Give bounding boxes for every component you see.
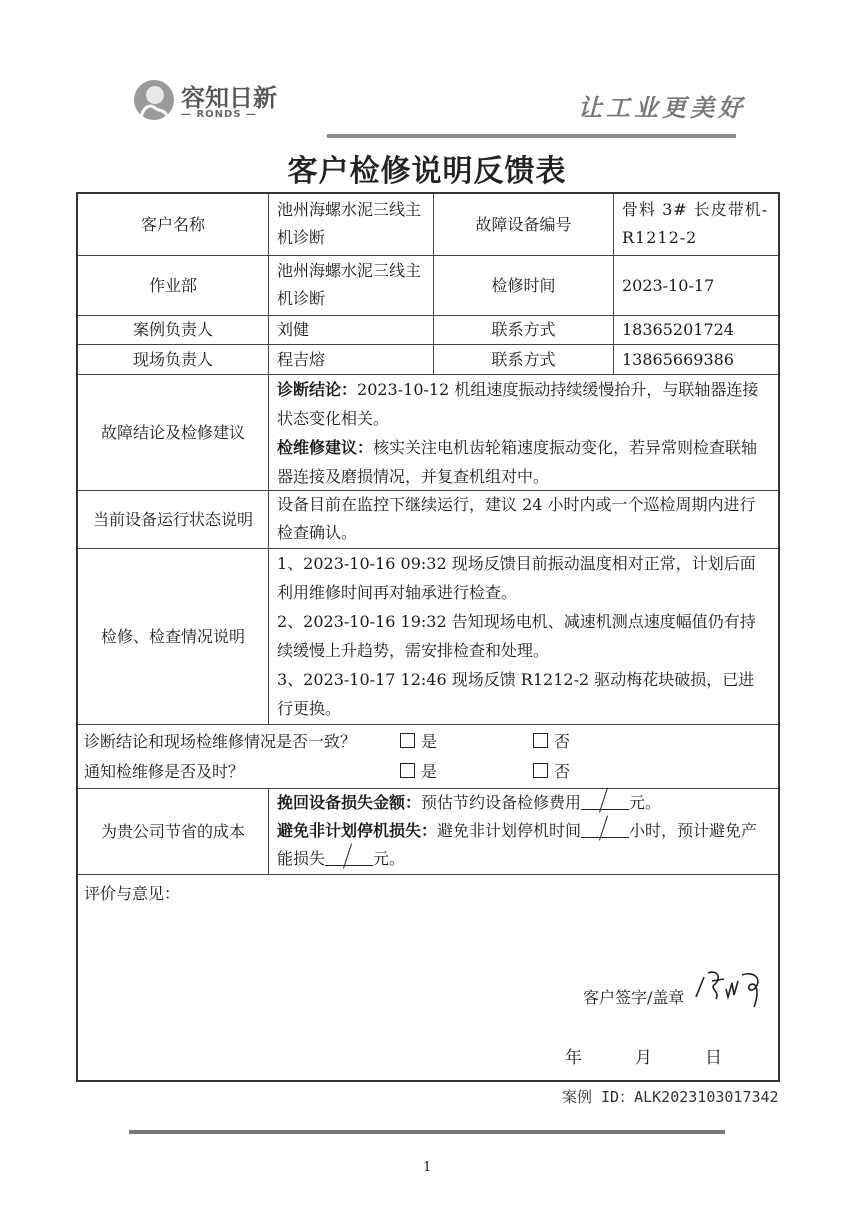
savings-section: 为贵公司节省的成本 挽回设备损失金额：预估节约设备检修费用元。 避免非计划停机损… bbox=[78, 789, 778, 875]
capacity-loss-field[interactable] bbox=[325, 849, 373, 866]
value-customer-name: 池州海螺水泥三线主机诊断 bbox=[268, 194, 433, 255]
comments-section[interactable]: 评价与意见： 客户签字/盖章 年 月 日 bbox=[78, 875, 778, 1080]
date-day: 日 bbox=[705, 1043, 722, 1068]
value-department: 池州海螺水泥三线主机诊断 bbox=[268, 256, 433, 315]
repair-cost-field[interactable] bbox=[581, 793, 629, 810]
label-department: 作业部 bbox=[78, 256, 268, 315]
savings-line1-text: 预估节约设备检修费用 bbox=[421, 793, 581, 812]
inspection-item: 2、2023-10-16 19:32 告知现场电机、减速机测点速度幅值仍有持续缓… bbox=[277, 607, 770, 665]
logo-english-text: — RONDS — bbox=[181, 109, 257, 120]
date-month: 月 bbox=[635, 1043, 652, 1068]
fault-content: 诊断结论：2023-10-12 机组速度振动持续缓慢抬升，与联轴器连接状态变化相… bbox=[268, 375, 778, 490]
company-logo: 容知日新 — RONDS — bbox=[133, 76, 303, 126]
option-consistent-no[interactable]: 否 bbox=[533, 729, 570, 752]
signature-icon bbox=[690, 967, 770, 1011]
page-title: 客户检修说明反馈表 bbox=[0, 146, 854, 190]
label-customer-name: 客户名称 bbox=[78, 194, 268, 255]
slogan: 让工业更美好 bbox=[578, 88, 746, 123]
case-id: 案例 ID：ALK2023103017342 bbox=[562, 1086, 779, 1107]
info-row-customer: 客户名称 池州海螺水泥三线主机诊断 故障设备编号 骨料 3# 长皮带机-R121… bbox=[78, 194, 778, 256]
inspection-list: 1、2023-10-16 09:32 现场反馈目前振动温度相对正常，计划后面利用… bbox=[268, 549, 778, 724]
label-comments: 评价与意见： bbox=[84, 881, 180, 904]
diagnosis-title: 诊断结论： bbox=[277, 380, 357, 399]
status-section: 当前设备运行状态说明 设备目前在监控下继续运行，建议 24 小时内或一个巡检周期… bbox=[78, 491, 778, 549]
value-contact-1: 18365201724 bbox=[613, 316, 778, 344]
logo-chinese-text: 容知日新 bbox=[181, 78, 277, 113]
question-timely: 通知检维修是否及时？ bbox=[84, 759, 244, 782]
label-contact-1: 联系方式 bbox=[433, 316, 613, 344]
inspection-item: 3、2023-10-17 12:46 现场反馈 R1212-2 驱动梅花块破损，… bbox=[277, 665, 770, 723]
option-timely-no[interactable]: 否 bbox=[533, 759, 570, 782]
checkbox[interactable] bbox=[400, 733, 415, 748]
date-year: 年 bbox=[565, 1043, 582, 1068]
label-status: 当前设备运行状态说明 bbox=[78, 491, 268, 548]
checkbox[interactable] bbox=[533, 733, 548, 748]
label-repair-time: 检修时间 bbox=[433, 256, 613, 315]
header-divider bbox=[327, 134, 736, 138]
question-consistent: 诊断结论和现场检维修情况是否一致？ bbox=[84, 729, 356, 752]
info-row-department: 作业部 池州海螺水泥三线主机诊断 检修时间 2023-10-17 bbox=[78, 256, 778, 316]
value-site-owner: 程吉熔 bbox=[268, 345, 433, 374]
page-number: 1 bbox=[423, 1160, 431, 1175]
info-row-site-owner: 现场负责人 程吉熔 联系方式 13865669386 bbox=[78, 345, 778, 375]
label-contact-2: 联系方式 bbox=[433, 345, 613, 374]
footer-divider bbox=[129, 1130, 725, 1134]
inspection-section: 检修、检查情况说明 1、2023-10-16 09:32 现场反馈目前振动温度相… bbox=[78, 549, 778, 725]
savings-line1-title: 挽回设备损失金额： bbox=[277, 793, 421, 812]
advice-title: 检维修建议： bbox=[277, 438, 373, 457]
inspection-item: 1、2023-10-16 09:32 现场反馈目前振动温度相对正常，计划后面利用… bbox=[277, 549, 770, 607]
fault-section: 故障结论及检修建议 诊断结论：2023-10-12 机组速度振动持续缓慢抬升，与… bbox=[78, 375, 778, 491]
value-device-id: 骨料 3# 长皮带机-R1212-2 bbox=[613, 194, 778, 255]
label-signature: 客户签字/盖章 bbox=[583, 985, 684, 1008]
option-timely-yes[interactable]: 是 bbox=[400, 759, 437, 782]
downtime-hours-field[interactable] bbox=[581, 821, 629, 838]
questions-section: 诊断结论和现场检维修情况是否一致？ 是 否 通知检维修是否及时？ 是 否 bbox=[78, 725, 778, 789]
savings-line2-title: 避免非计划停机损失： bbox=[277, 821, 437, 840]
label-case-owner: 案例负责人 bbox=[78, 316, 268, 344]
status-text: 设备目前在监控下继续运行，建议 24 小时内或一个巡检周期内进行检查确认。 bbox=[268, 491, 778, 548]
label-inspection: 检修、检查情况说明 bbox=[78, 549, 268, 724]
label-site-owner: 现场负责人 bbox=[78, 345, 268, 374]
value-contact-2: 13865669386 bbox=[613, 345, 778, 374]
savings-content: 挽回设备损失金额：预估节约设备检修费用元。 避免非计划停机损失：避免非计划停机时… bbox=[268, 789, 778, 874]
checkbox[interactable] bbox=[533, 763, 548, 778]
option-consistent-yes[interactable]: 是 bbox=[400, 729, 437, 752]
value-case-owner: 刘健 bbox=[268, 316, 433, 344]
label-fault: 故障结论及检修建议 bbox=[78, 375, 268, 490]
feedback-form: 客户名称 池州海螺水泥三线主机诊断 故障设备编号 骨料 3# 长皮带机-R121… bbox=[76, 192, 780, 1082]
ronds-logo-icon bbox=[133, 78, 175, 122]
value-repair-time: 2023-10-17 bbox=[613, 256, 778, 315]
info-row-case-owner: 案例负责人 刘健 联系方式 18365201724 bbox=[78, 316, 778, 345]
label-savings: 为贵公司节省的成本 bbox=[78, 789, 268, 874]
checkbox[interactable] bbox=[400, 763, 415, 778]
label-device-id: 故障设备编号 bbox=[433, 194, 613, 255]
savings-line2-text: 避免非计划停机时间 bbox=[437, 821, 581, 840]
